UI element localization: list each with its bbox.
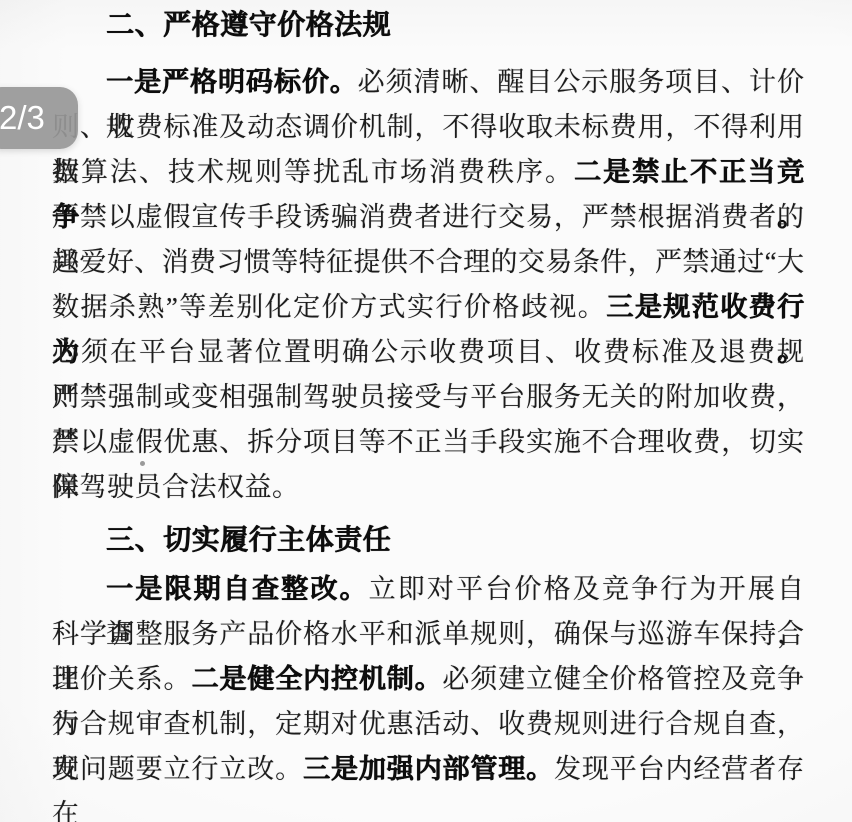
bold-text-segment: 二、严格遵守价格法规 bbox=[106, 10, 391, 41]
text-segment: 现问题要立行立改。 bbox=[52, 754, 303, 784]
text-line: 据算法、技术规则等扰乱市场消费秩序。二是禁止不正当竞争。 bbox=[52, 150, 804, 195]
text-line: 趣爱好、消费习惯等特征提供不合理的交易条件，严禁通过“大 bbox=[52, 240, 804, 285]
text-segment: 数据杀熟”等差别化定价方式实行价格歧视。 bbox=[52, 292, 606, 322]
text-line: 严禁强制或变相强制驾驶员接受与平台服务无关的附加收费，严 bbox=[52, 375, 804, 420]
section-heading: 三、切实履行主体责任 bbox=[52, 518, 804, 563]
page-indicator-label: 2/3 bbox=[0, 99, 45, 136]
page-indicator-badge: 2/3 bbox=[0, 87, 78, 149]
text-segment: 趣爱好、消费习惯等特征提供不合理的交易条件，严禁通过“大 bbox=[52, 247, 804, 277]
bold-text-segment: 一是限期自查整改。 bbox=[106, 574, 369, 604]
text-line: 比价关系。二是健全内控机制。必须建立健全价格管控及竞争行 bbox=[52, 657, 804, 702]
bold-text-segment: 一是严格明码标价。 bbox=[106, 67, 358, 97]
text-segment: 障驾驶员合法权益。 bbox=[52, 472, 300, 502]
text-line: 一是严格明码标价。必须清晰、醒目公示服务项目、计价规 bbox=[52, 60, 804, 105]
text-line: 禁以虚假优惠、拆分项目等不正当手段实施不合理收费，切实保 bbox=[52, 420, 804, 465]
document-page: 二、严格遵守价格法规一是严格明码标价。必须清晰、醒目公示服务项目、计价规则、收费… bbox=[0, 0, 852, 822]
bold-text-segment: 三是加强内部管理。 bbox=[303, 754, 554, 784]
text-segment: 据算法、技术规则等扰乱市场消费秩序。 bbox=[52, 157, 574, 187]
text-segment: 比价关系。 bbox=[52, 664, 191, 694]
bold-text-segment: 三、切实履行主体责任 bbox=[106, 525, 391, 556]
text-line: 科学调整服务产品价格水平和派单规则，确保与巡游车保持合理 bbox=[52, 612, 804, 657]
bold-text-segment: 二是健全内控机制。 bbox=[191, 664, 442, 694]
text-line: 必须在平台显著位置明确公示收费项目、收费标准及退费规则， bbox=[52, 330, 804, 375]
text-line: 障驾驶员合法权益。 bbox=[52, 465, 804, 510]
section-heading: 二、严格遵守价格法规 bbox=[52, 3, 804, 48]
text-line: 现问题要立行立改。三是加强内部管理。发现平台内经营者存在 bbox=[52, 747, 804, 792]
text-line: 数据杀熟”等差别化定价方式实行价格歧视。三是规范收费行为。 bbox=[52, 285, 804, 330]
document-text-column: 二、严格遵守价格法规一是严格明码标价。必须清晰、醒目公示服务项目、计价规则、收费… bbox=[52, 3, 804, 792]
paper-speck bbox=[140, 461, 145, 466]
text-line: 一是限期自查整改。立即对平台价格及竞争行为开展自查， bbox=[52, 567, 804, 612]
text-line: 则、收费标准及动态调价机制，不得收取未标费用，不得利用数 bbox=[52, 105, 804, 150]
text-line: 严禁以虚假宣传手段诱骗消费者进行交易，严禁根据消费者的兴 bbox=[52, 195, 804, 240]
text-line: 为合规审查机制，定期对优惠活动、收费规则进行合规自查，发 bbox=[52, 702, 804, 747]
